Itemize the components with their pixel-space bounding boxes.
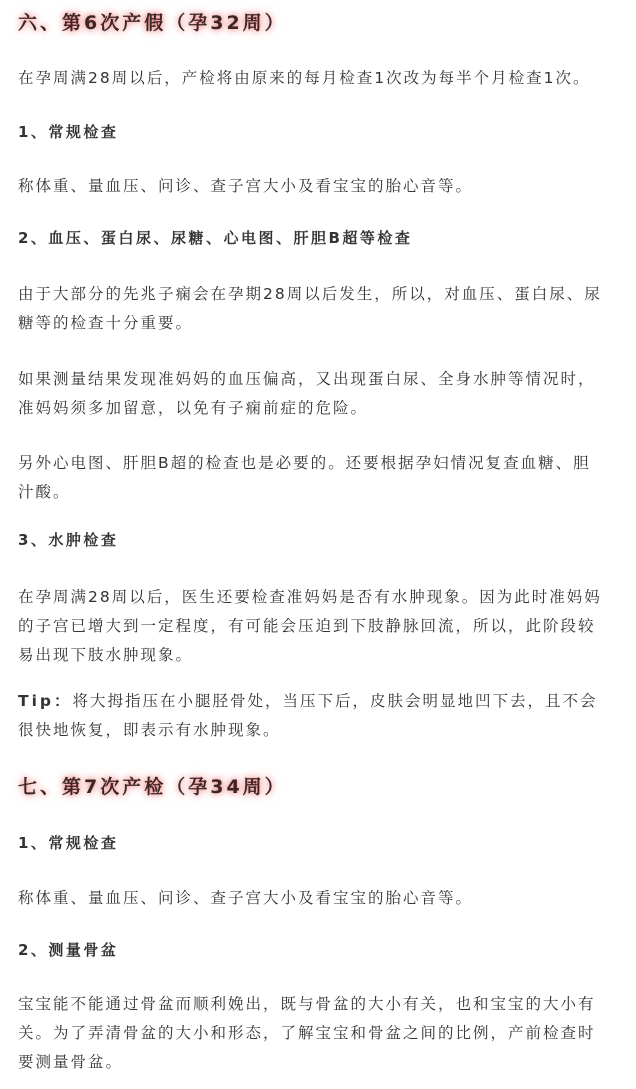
text-line: 的子宫已增大到一定程度，有可能会压迫到下肢静脉回流，所以，此阶段较 [18, 612, 618, 641]
text-line: Tip：将大拇指压在小腿胫骨处，当压下后，皮肤会明显地凹下去，且不会 [18, 687, 618, 716]
tip-label: Tip： [18, 692, 72, 710]
edema-paragraph: 在孕周满28周以后，医生还要检查准妈妈是否有水肿现象。因为此时准妈妈 的子宫已增… [18, 583, 618, 670]
text-line: 宝宝能不能通过骨盆而顺利娩出，既与骨盆的大小有关，也和宝宝的大小有 [18, 990, 618, 1019]
text-line: 由于大部分的先兆子痫会在孕期28周以后发生，所以，对血压、蛋白尿、尿 [18, 280, 618, 309]
high-blood-pressure-paragraph: 如果测量结果发现准妈妈的血压偏高，又出现蛋白尿、全身水肿等情况时， 准妈妈须多加… [18, 365, 618, 423]
text-line: 称体重、量血压、问诊、查子宫大小及看宝宝的胎心音等。 [18, 172, 618, 201]
sub-heading-edema-check: 3、水肿检查 [18, 529, 118, 550]
tip-paragraph: Tip：将大拇指压在小腿胫骨处，当压下后，皮肤会明显地凹下去，且不会 很快地恢复… [18, 687, 618, 745]
routine-check-7-paragraph: 称体重、量血压、问诊、查子宫大小及看宝宝的胎心音等。 [18, 884, 618, 913]
text-line: 糖等的检查十分重要。 [18, 309, 618, 338]
tip-text: 将大拇指压在小腿胫骨处，当压下后，皮肤会明显地凹下去，且不会 [72, 692, 597, 710]
text-line: 汁酸。 [18, 478, 618, 507]
text-line: 称体重、量血压、问诊、查子宫大小及看宝宝的胎心音等。 [18, 884, 618, 913]
text-line: 很快地恢复，即表示有水肿现象。 [18, 716, 618, 745]
section-title-6: 六、第6次产假（孕32周） [18, 8, 287, 35]
text-line: 易出现下肢水肿现象。 [18, 641, 618, 670]
section-6-intro: 在孕周满28周以后，产检将由原来的每月检查1次改为每半个月检查1次。 [18, 64, 618, 93]
sub-heading-routine-check-7: 1、常规检查 [18, 832, 118, 853]
sub-heading-pelvis-measurement: 2、测量骨盆 [18, 939, 118, 960]
pelvis-paragraph: 宝宝能不能通过骨盆而顺利娩出，既与骨盆的大小有关，也和宝宝的大小有 关。为了弄清… [18, 990, 618, 1077]
text-line: 如果测量结果发现准妈妈的血压偏高，又出现蛋白尿、全身水肿等情况时， [18, 365, 618, 394]
text-line: 在孕周满28周以后，医生还要检查准妈妈是否有水肿现象。因为此时准妈妈 [18, 583, 618, 612]
preeclampsia-paragraph: 由于大部分的先兆子痫会在孕期28周以后发生，所以，对血压、蛋白尿、尿 糖等的检查… [18, 280, 618, 338]
sub-heading-blood-pressure-tests: 2、血压、蛋白尿、尿糖、心电图、肝胆B超等检查 [18, 227, 412, 248]
ecg-ultrasound-paragraph: 另外心电图、肝胆B超的检查也是必要的。还要根据孕妇情况复查血糖、胆 汁酸。 [18, 449, 618, 507]
sub-heading-routine-check: 1、常规检查 [18, 121, 118, 142]
section-title-7: 七、第7次产检（孕34周） [18, 772, 287, 799]
text-line: 要测量骨盆。 [18, 1048, 618, 1077]
text-line: 准妈妈须多加留意，以免有子痫前症的危险。 [18, 394, 618, 423]
routine-check-paragraph: 称体重、量血压、问诊、查子宫大小及看宝宝的胎心音等。 [18, 172, 618, 201]
text-line: 在孕周满28周以后，产检将由原来的每月检查1次改为每半个月检查1次。 [18, 64, 618, 93]
text-line: 关。为了弄清骨盆的大小和形态，了解宝宝和骨盆之间的比例，产前检查时 [18, 1019, 618, 1048]
text-line: 另外心电图、肝胆B超的检查也是必要的。还要根据孕妇情况复查血糖、胆 [18, 449, 618, 478]
